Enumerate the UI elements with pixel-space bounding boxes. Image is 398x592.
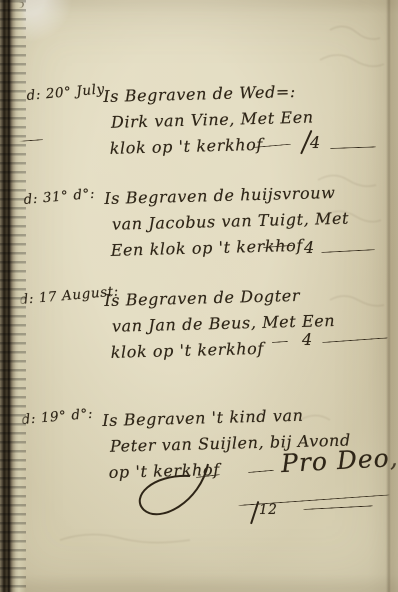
fee-amount: 4 (304, 238, 315, 257)
entry-line: Dirk van Vine, Met Een (104, 105, 314, 136)
fee-amount: 4 (302, 330, 313, 349)
page-right-edge (386, 0, 398, 592)
entry-line: klok op 't kerkhof (104, 130, 314, 161)
entry-text: Is Begraven de Dogter van Jan de Beus, M… (104, 282, 336, 366)
pro-deo-note: Pro Deo, (280, 443, 398, 478)
book-binding-edge (0, 0, 26, 592)
entry-text: Is Begraven de Wed=: Dirk van Vine, Met … (103, 79, 315, 162)
fee-amount: 4 (310, 133, 321, 152)
manuscript-page: 35 d: 20° July Is Begraven de Wed=: Dirk… (0, 0, 398, 592)
total-amount: 12 (259, 502, 277, 518)
flourish-loop (130, 462, 230, 524)
